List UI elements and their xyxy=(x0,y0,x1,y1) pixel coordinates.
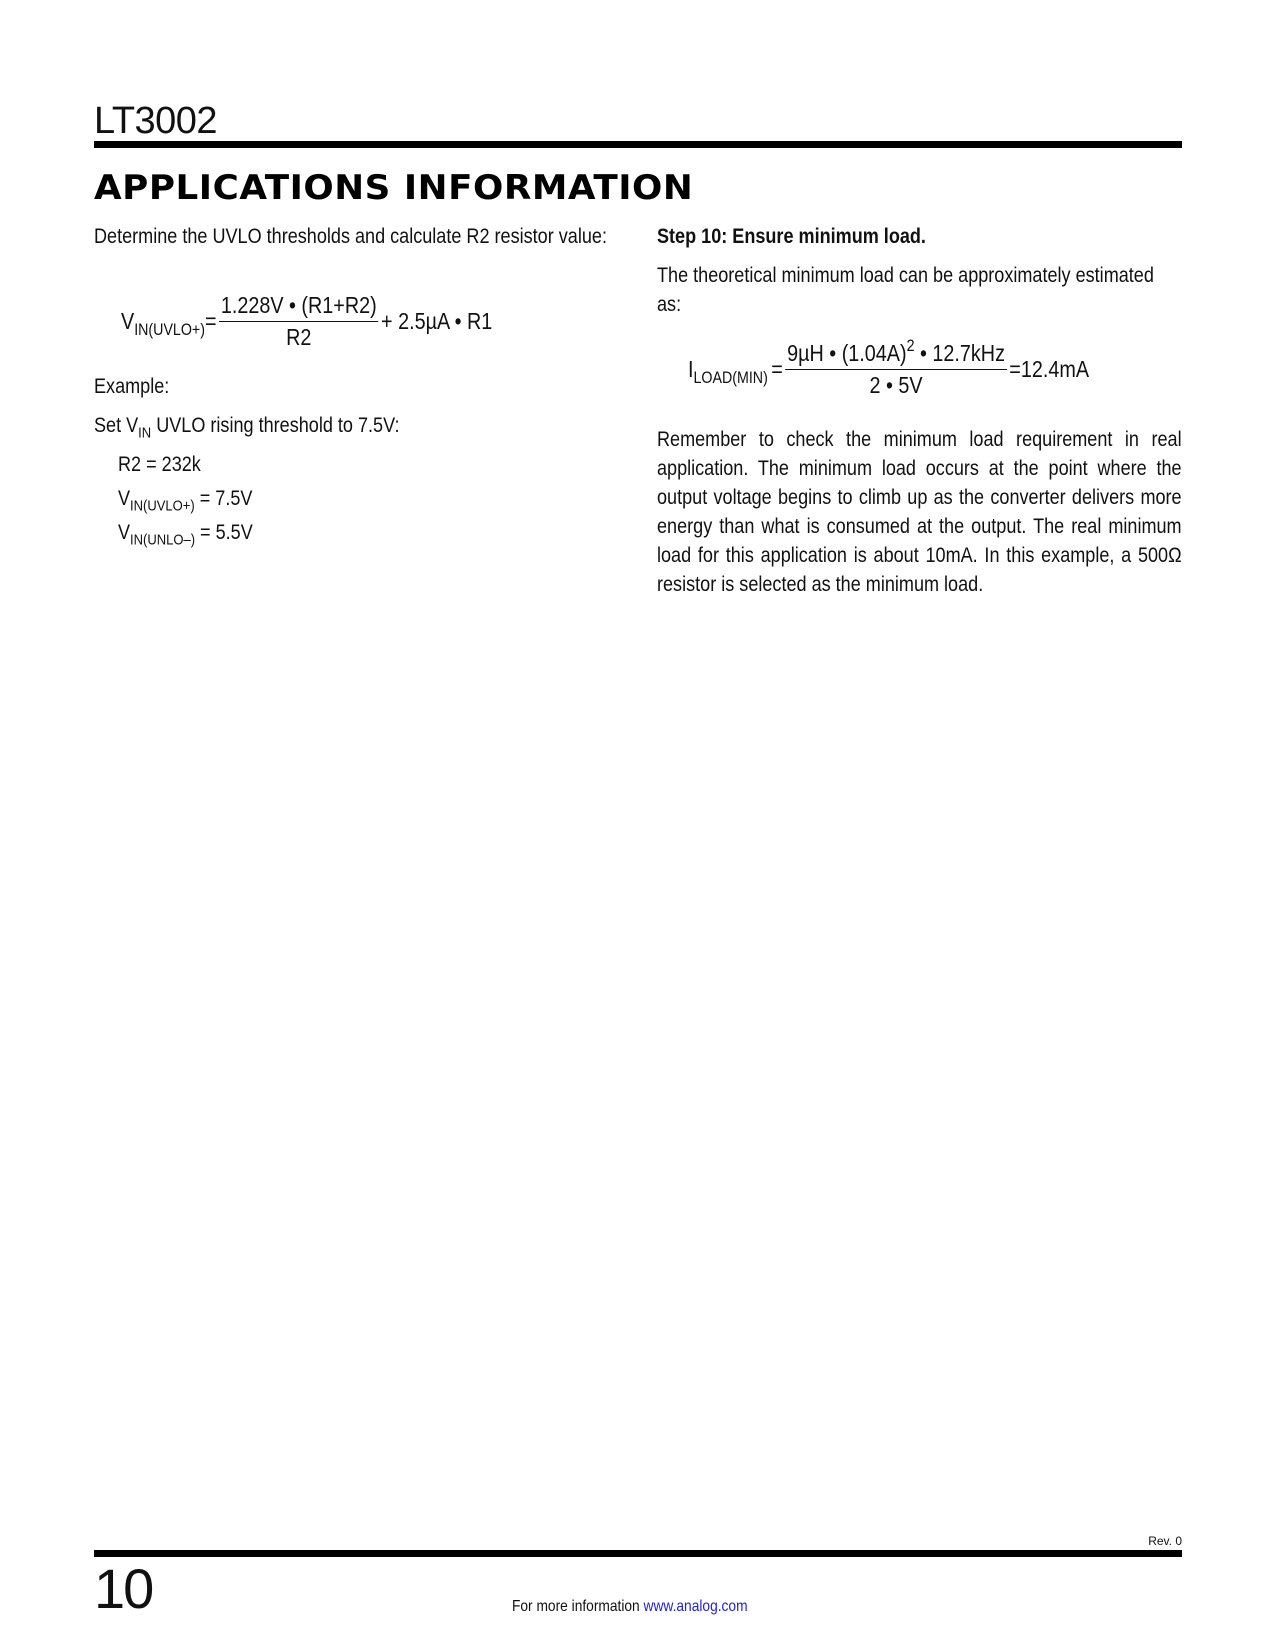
header-rule xyxy=(94,141,1182,148)
example-block: Example: Set VIN UVLO rising threshold t… xyxy=(94,372,619,547)
eq1-tail: + 2.5µA • R1 xyxy=(381,308,492,335)
min-load-equation: ILOAD(MIN) = 9µH • (1.04A)2 • 12.7kHz 2 … xyxy=(688,340,1154,399)
right-column: Step 10: Ensure minimum load. The theore… xyxy=(657,222,1182,319)
result-vin-uvlo-falling: VIN(UNLO–) = 5.5V xyxy=(118,518,619,547)
eq1-equals: = xyxy=(205,308,217,335)
eq1-lhs: VIN(UVLO+) xyxy=(121,308,205,335)
eq2-numerator: 9µH • (1.04A)2 • 12.7kHz xyxy=(785,340,1006,370)
analog-website-link[interactable]: www.analog.com xyxy=(644,1598,748,1615)
eq2-equals: = xyxy=(771,356,783,383)
eq2-result: =12.4mA xyxy=(1009,356,1089,383)
left-column: Determine the UVLO thresholds and calcul… xyxy=(94,222,619,251)
footer-rule xyxy=(94,1550,1182,1557)
step-heading: Step 10: Ensure minimum load. xyxy=(657,222,1182,251)
section-title: APPLICATIONS INFORMATION xyxy=(94,168,693,208)
min-load-intro: The theoretical minimum load can be appr… xyxy=(657,261,1182,319)
min-load-paragraph: Remember to check the minimum load requi… xyxy=(657,425,1182,599)
set-threshold-line: Set VIN UVLO rising threshold to 7.5V: xyxy=(94,411,619,440)
result-vin-uvlo-rising: VIN(UVLO+) = 7.5V xyxy=(118,484,619,513)
result-r2: R2 = 232k xyxy=(118,450,619,479)
uvlo-equation: VIN(UVLO+) = 1.228V • (R1+R2) R2 + 2.5µA… xyxy=(121,292,553,351)
eq2-lhs: ILOAD(MIN) xyxy=(688,356,768,383)
example-label: Example: xyxy=(94,372,619,401)
eq1-denominator: R2 xyxy=(286,322,311,351)
uvlo-intro-text: Determine the UVLO thresholds and calcul… xyxy=(94,222,619,251)
page-number: 10 xyxy=(94,1556,152,1621)
footer-info: For more information www.analog.com xyxy=(512,1598,786,1616)
eq1-fraction: 1.228V • (R1+R2) R2 xyxy=(219,292,378,351)
min-load-paragraph-block: Remember to check the minimum load requi… xyxy=(657,425,1182,599)
part-number: LT3002 xyxy=(94,100,217,143)
eq1-numerator: 1.228V • (R1+R2) xyxy=(219,292,378,322)
eq2-denominator: 2 • 5V xyxy=(869,370,922,399)
footer-info-text: For more information xyxy=(512,1598,644,1615)
revision-label: Rev. 0 xyxy=(1148,1534,1182,1548)
eq2-fraction: 9µH • (1.04A)2 • 12.7kHz 2 • 5V xyxy=(785,340,1006,399)
example-results: R2 = 232k VIN(UVLO+) = 7.5V VIN(UNLO–) =… xyxy=(118,450,619,547)
